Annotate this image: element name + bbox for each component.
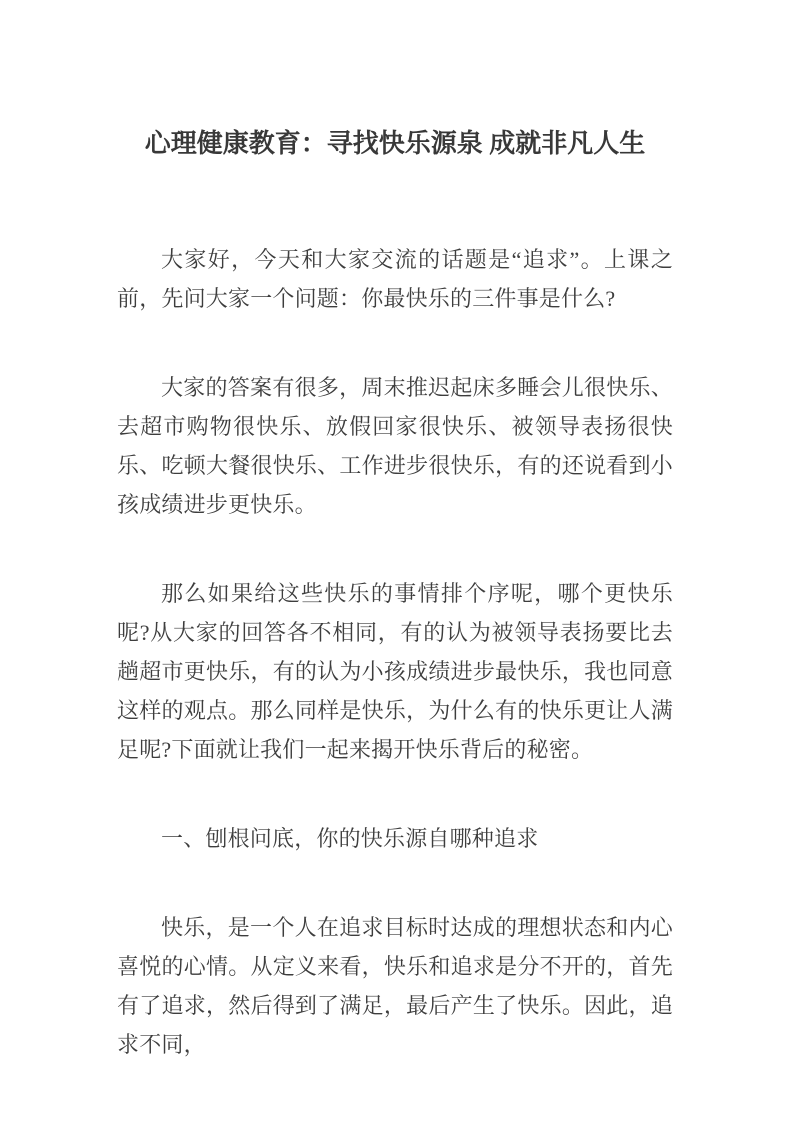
paragraph-intro: 大家好，今天和大家交流的话题是“追求”。上课之前，先问大家一个问题：你最快乐的三… bbox=[117, 240, 673, 318]
paragraph-answers: 大家的答案有很多，周末推迟起床多睡会儿很快乐、去超市购物很快乐、放假回家很快乐、… bbox=[117, 368, 673, 524]
paragraph-definition: 快乐，是一个人在追求目标时达成的理想状态和内心喜悦的心情。从定义来看，快乐和追求… bbox=[117, 908, 673, 1064]
paragraph-ranking: 那么如果给这些快乐的事情排个序呢，哪个更快乐呢?从大家的回答各不相同，有的认为被… bbox=[117, 574, 673, 769]
document-page: 心理健康教育：寻找快乐源泉 成就非凡人生 大家好，今天和大家交流的话题是“追求”… bbox=[0, 0, 793, 1122]
document-title: 心理健康教育：寻找快乐源泉 成就非凡人生 bbox=[117, 124, 673, 164]
section-heading-one: 一、刨根问底，你的快乐源自哪种追求 bbox=[117, 819, 673, 858]
